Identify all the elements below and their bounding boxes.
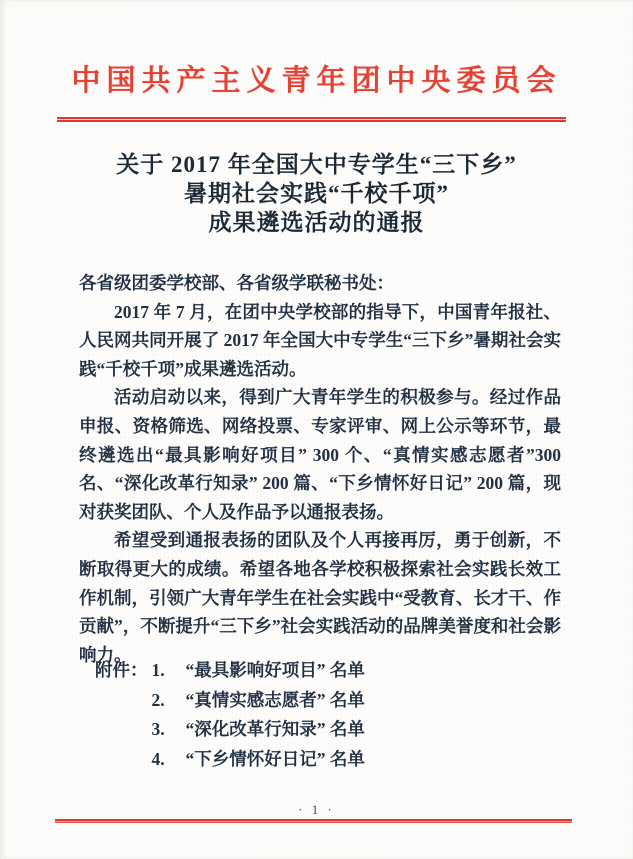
footer-divider-line	[55, 819, 572, 823]
salutation-line: 各省级团委学校部、各省级学联秘书处：	[79, 269, 561, 298]
attachment-item-number: 2.	[152, 686, 186, 716]
document-title: 关于 2017 年全国大中专学生“三下乡” 暑期社会实践“千校千项” 成果遴选活…	[0, 150, 633, 237]
document-title-line-1: 关于 2017 年全国大中专学生“三下乡”	[0, 150, 633, 179]
attachments-list: 1. “最具影响好项目” 名单 2. “真情实感志愿者” 名单 3. “深化改革…	[152, 656, 365, 774]
body-paragraph-3: 希望受到通报表扬的团队及个人再接再厉，勇于创新，不断取得更大的成绩。希望各地各学…	[79, 526, 561, 669]
attachment-item-number: 4.	[152, 745, 186, 775]
attachments-label: 附件：	[95, 656, 148, 774]
document-title-line-3: 成果遴选活动的通报	[0, 208, 633, 237]
attachment-item: 3. “深化改革行知录” 名单	[152, 715, 365, 745]
attachment-item-text: “真情实感志愿者” 名单	[186, 686, 365, 716]
document-page: 中国共产主义青年团中央委员会 关于 2017 年全国大中专学生“三下乡” 暑期社…	[0, 0, 633, 859]
letterhead-org-name: 中国共产主义青年团中央委员会	[0, 58, 633, 99]
attachment-item-number: 1.	[152, 656, 186, 686]
document-body: 各省级团委学校部、各省级学联秘书处： 2017 年 7 月，在团中央学校部的指导…	[79, 269, 561, 669]
body-paragraph-1: 2017 年 7 月，在团中央学校部的指导下，中国青年报社、人民网共同开展了 2…	[79, 298, 561, 384]
attachment-item-text: “最具影响好项目” 名单	[186, 656, 365, 686]
attachment-item: 1. “最具影响好项目” 名单	[152, 656, 365, 686]
attachment-item-text: “下乡情怀好日记” 名单	[186, 745, 365, 775]
body-paragraph-2: 活动启动以来，得到广大青年学生的积极参与。经过作品申报、资格筛选、网络投票、专家…	[79, 383, 561, 526]
attachment-item-text: “深化改革行知录” 名单	[186, 715, 365, 745]
letterhead-divider-line	[57, 117, 566, 122]
attachment-item: 2. “真情实感志愿者” 名单	[152, 686, 365, 716]
attachment-item: 4. “下乡情怀好日记” 名单	[152, 745, 365, 775]
attachment-item-number: 3.	[152, 715, 186, 745]
page-number: · 1 ·	[0, 802, 633, 818]
document-title-line-2: 暑期社会实践“千校千项”	[0, 179, 633, 208]
attachments-section: 附件： 1. “最具影响好项目” 名单 2. “真情实感志愿者” 名单 3. “…	[95, 656, 365, 774]
